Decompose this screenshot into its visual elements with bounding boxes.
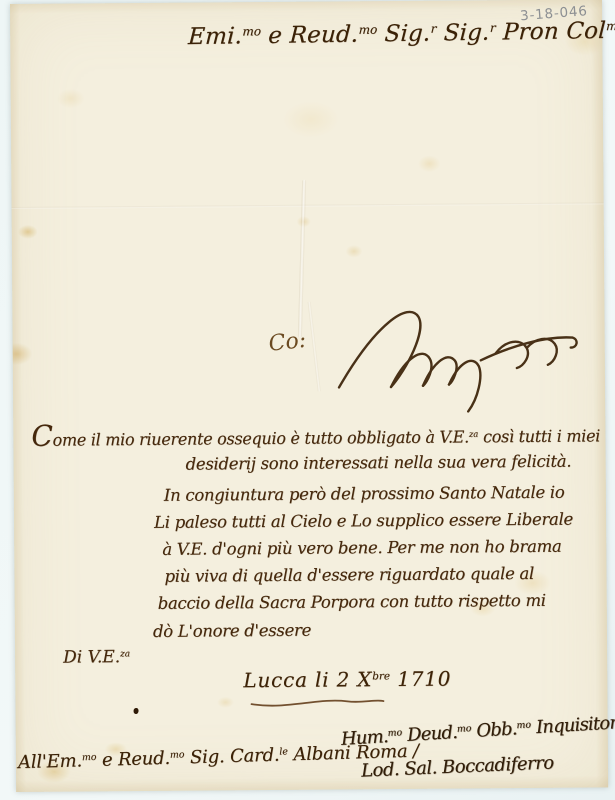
closing-formula: Di V.E.za bbox=[63, 647, 130, 668]
body-line-6: più viva di quella d'essere riguardato q… bbox=[164, 564, 534, 586]
vertical-crease-lower bbox=[308, 302, 321, 392]
body-line-1: Come il mio riuerente ossequio è tutto o… bbox=[31, 423, 600, 449]
horizontal-fold-crease bbox=[12, 202, 604, 209]
body-line-3: In congiuntura però del prossimo Santo N… bbox=[164, 483, 565, 505]
body-line-4: Li paleso tutti al Cielo e Lo supplico e… bbox=[154, 510, 573, 532]
body-line-7: baccio della Sacra Porpora con tutto ris… bbox=[158, 591, 546, 613]
scanned-letter-page: 3-18-046 Emi.mo e Reud.mo Sig.r Sig.r Pr… bbox=[0, 0, 615, 800]
dateline-underline-flourish bbox=[247, 693, 387, 710]
vertical-crease bbox=[298, 180, 306, 338]
docket-mark: Co: bbox=[267, 328, 307, 357]
ink-blot bbox=[134, 708, 139, 714]
body-line-8: dò L'onore d'essere bbox=[153, 621, 311, 641]
place-dateline: Lucca li 2 Xbre 1710 bbox=[243, 667, 451, 693]
signature-line-1: Hum.mo Deud.mo Obb.mo Inquisitore bbox=[340, 712, 615, 750]
letter-paper: 3-18-046 Emi.mo e Reud.mo Sig.r Sig.r Pr… bbox=[10, 0, 608, 792]
letter-salutation-header: Emi.mo e Reud.mo Sig.r Sig.r Pron Colmo bbox=[187, 18, 615, 50]
body-line-2: desiderij sono interessati nella sua ver… bbox=[186, 452, 572, 474]
body-line-5: à V.E. d'ogni più vero bene. Per me non … bbox=[162, 537, 561, 559]
docket-flourish-signature bbox=[330, 298, 583, 420]
